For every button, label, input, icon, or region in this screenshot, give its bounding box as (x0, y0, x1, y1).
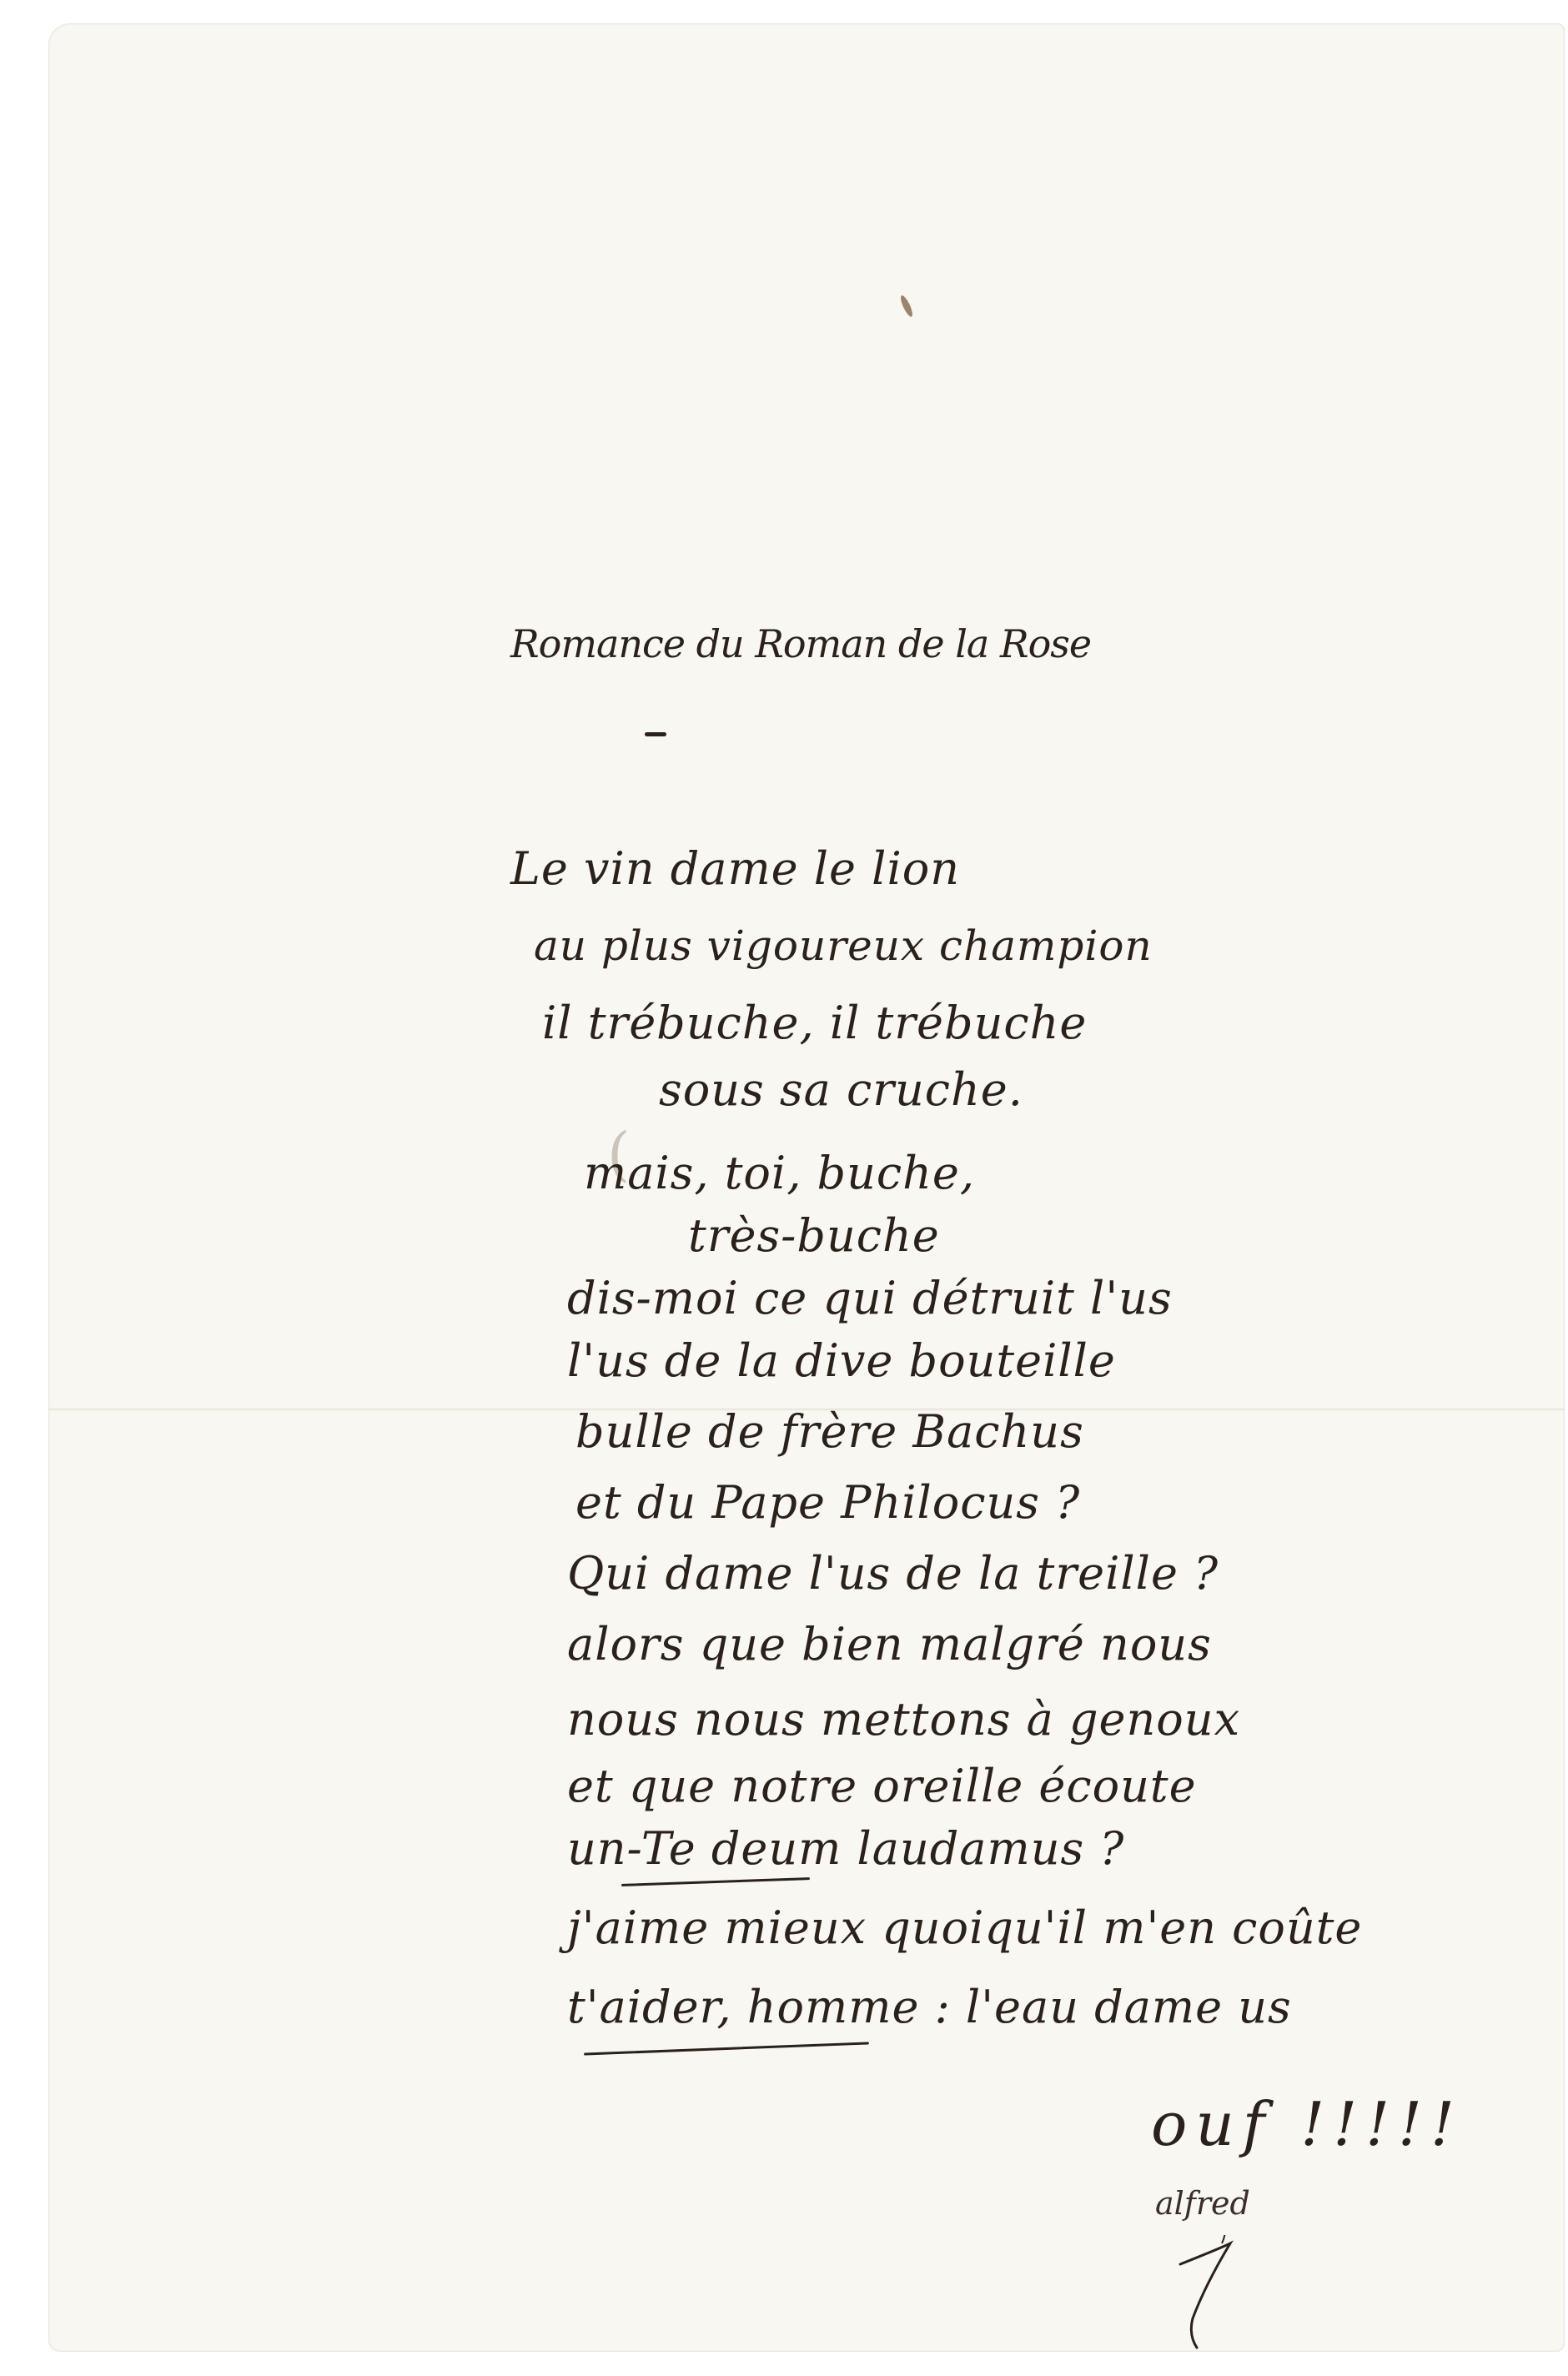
poem-line: et du Pape Philocus ? (575, 1476, 1080, 1529)
poem-line: alors que bien malgré nous (567, 1618, 1212, 1670)
poem-line: un-Te deum laudamus ? (567, 1822, 1124, 1875)
manuscript-title: Romance du Roman de la Rose (510, 621, 1091, 666)
ink-stain (898, 294, 914, 319)
bleed-through-text (241, 184, 1407, 245)
poem-line: dis-moi ce qui détruit l'us (567, 1272, 1173, 1324)
poem-line: sous sa cruche. (659, 1063, 1023, 1116)
poem-line: et que notre oreille écoute (567, 1760, 1197, 1812)
poem-line: Qui dame l'us de la treille ? (567, 1547, 1219, 1600)
poem-line: t'aider, homme : l'eau dame us (567, 1981, 1292, 2033)
exclamation-ouf: ouf !!!!! (1151, 2089, 1463, 2159)
poem-line: Le vin dame le lion (510, 842, 960, 895)
signature-flourish-icon (1172, 2235, 1264, 2352)
poem-line: nous nous mettons à genoux (567, 1693, 1240, 1746)
signature: alfred (1155, 2185, 1250, 2222)
poem-line: bulle de frère Bachus (575, 1405, 1084, 1458)
poem-line: très-buche (688, 1209, 940, 1262)
poem-line: au plus vigoureux champion (534, 922, 1153, 970)
poem-line: il trébuche, il trébuche (542, 997, 1087, 1049)
poem-line: j'aime mieux quoiqu'il m'en coûte (567, 1901, 1362, 1954)
poem-line: l'us de la dive bouteille (567, 1334, 1116, 1387)
title-separator-dash (645, 732, 666, 736)
poem-line: mais, toi, buche, (584, 1147, 975, 1199)
